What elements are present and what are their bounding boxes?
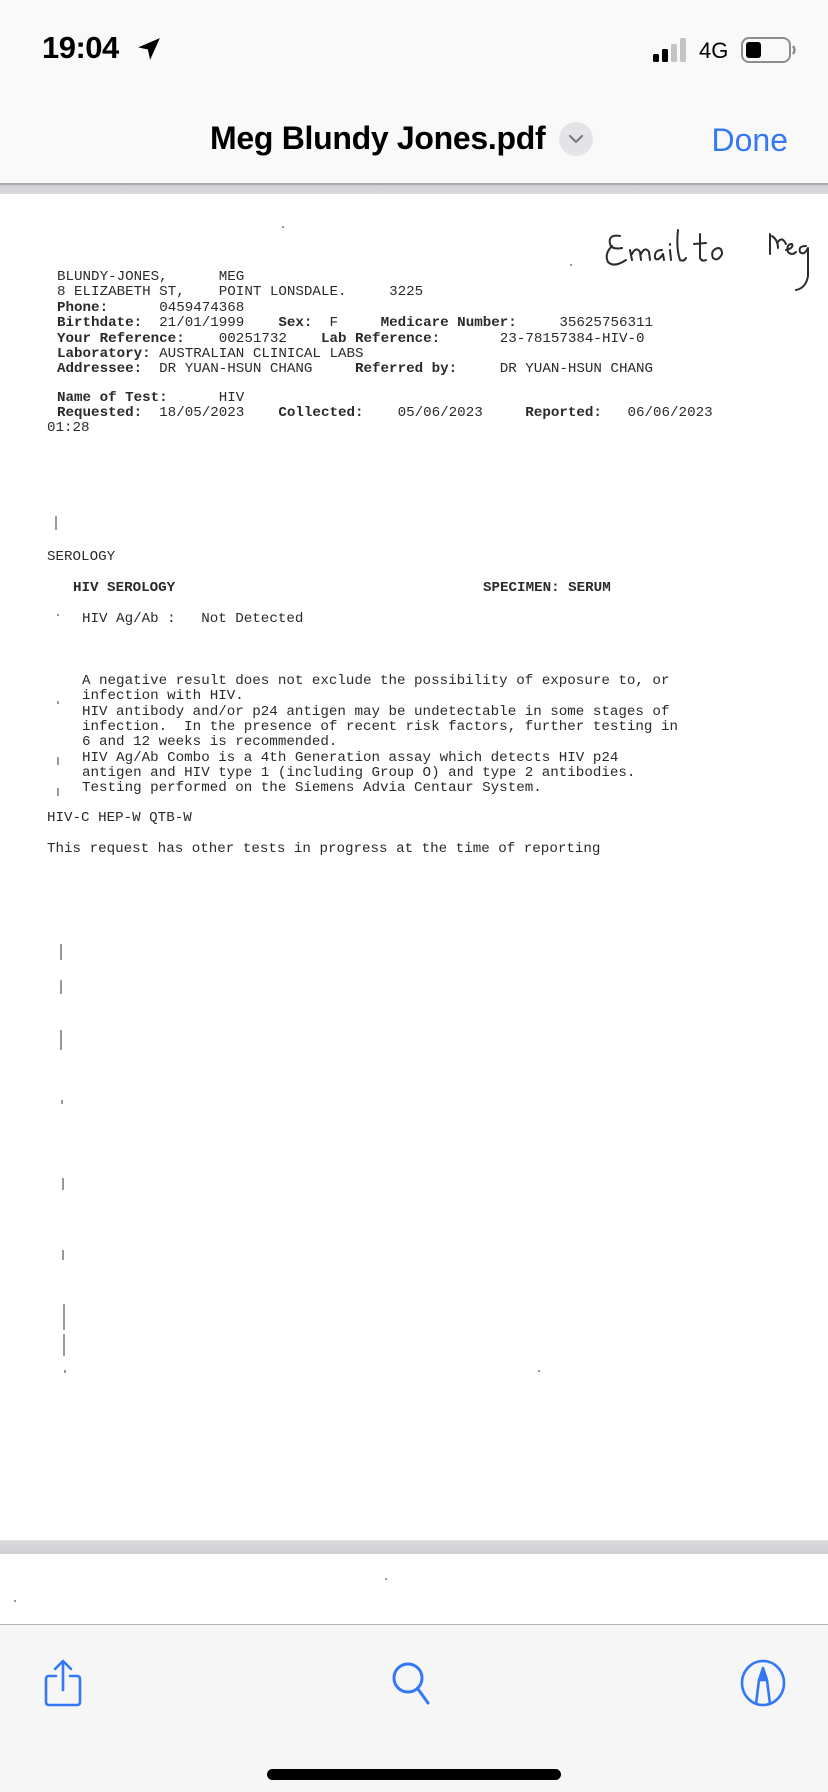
- specimen-label: SPECIMEN: SERUM: [483, 581, 611, 597]
- markup-pen-icon: [738, 1658, 788, 1708]
- footer-note: This request has other tests in progress…: [47, 842, 600, 858]
- battery-icon: [741, 36, 797, 64]
- patient-address-line: 8 ELIZABETH ST, POINT LONSDALE. 3225: [57, 285, 423, 301]
- document-title-menu[interactable]: Meg Blundy Jones.pdf: [210, 120, 593, 157]
- home-indicator[interactable]: [267, 1769, 561, 1780]
- share-button[interactable]: [33, 1653, 93, 1713]
- status-time: 19:04: [42, 30, 119, 66]
- section-heading: SEROLOGY: [47, 550, 115, 566]
- search-icon: [388, 1658, 438, 1708]
- reported-time: 01:28: [47, 421, 90, 437]
- page-gutter: [0, 1540, 828, 1554]
- network-type: 4G: [699, 38, 728, 64]
- search-button[interactable]: [383, 1653, 443, 1713]
- page-gutter: [0, 185, 828, 194]
- status-bar: 19:04 4G: [0, 0, 828, 96]
- done-button[interactable]: Done: [712, 122, 789, 159]
- share-icon: [41, 1658, 85, 1708]
- nav-bar: Meg Blundy Jones.pdf Done: [0, 96, 828, 184]
- birthdate-line: Birthdate: 21/01/1999 Sex: F Medicare Nu…: [57, 316, 653, 332]
- signal-icon: [651, 38, 691, 62]
- document-title: Meg Blundy Jones.pdf: [210, 120, 545, 157]
- result-line: HIV Ag/Ab : Not Detected: [82, 612, 303, 628]
- pdf-page-next[interactable]: [0, 1554, 828, 1624]
- subsection-heading: HIV SEROLOGY: [73, 581, 175, 597]
- handwritten-annotation-icon: Email to Meg: [600, 214, 820, 314]
- bottom-toolbar: [0, 1625, 828, 1792]
- chevron-down-icon[interactable]: [559, 122, 593, 156]
- location-arrow-icon: [136, 36, 162, 62]
- pdf-page[interactable]: Email to Meg BLUNDY-JONES, MEG 8 ELIZABE…: [0, 194, 828, 1540]
- markup-button[interactable]: [733, 1653, 793, 1713]
- test-codes: HIV-C HEP-W QTB-W: [47, 811, 192, 827]
- test-dates-line: Requested: 18/05/2023 Collected: 05/06/2…: [57, 406, 713, 422]
- result-value: Not Detected: [201, 611, 303, 627]
- addressee-line: Addressee: DR YUAN-HSUN CHANG Referred b…: [57, 362, 653, 378]
